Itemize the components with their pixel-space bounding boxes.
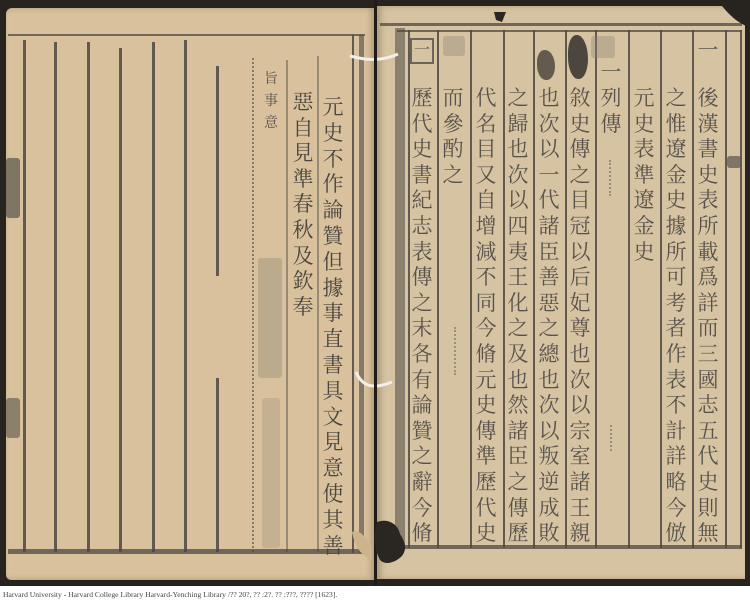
fold-edge (6, 158, 20, 218)
column-rule (533, 30, 535, 548)
text-column: 列傳 (598, 86, 624, 137)
left-page: 元史不作論贊但據事直書具文見意使其善 惡自見準春秋及欽奉 旨事意 (6, 8, 374, 580)
text-column: 之歸也次以四夷王化之及也然諸臣之傳歷 (505, 86, 531, 547)
item-marker: 一 (695, 38, 721, 64)
scan-area: 元史不作論贊但據事直書具文見意使其善 惡自見準春秋及欽奉 旨事意 一 一 一 (0, 0, 750, 586)
right-border-thin (352, 35, 354, 553)
annotation-mark (454, 327, 456, 375)
ink-smudge (568, 35, 588, 79)
ink-smudge (258, 258, 282, 378)
ink-smudge (262, 398, 280, 548)
column-rule (87, 42, 90, 552)
column-rule (317, 56, 319, 552)
column-rule (595, 30, 597, 548)
top-border-inner (397, 30, 742, 32)
right-page: 一 一 一 後漢書史表所載爲詳而三國志五代史則無 之惟遼金史據所可考者作表不計詳… (377, 6, 745, 579)
text-column: 元史不作論贊但據事直書具文見意使其善 (320, 95, 346, 559)
text-column: 而參酌之 (440, 86, 466, 188)
ink-blotch (591, 36, 615, 58)
column-rule (437, 30, 439, 548)
text-column-small: 旨事意 (262, 68, 280, 134)
text-column: 也次以一代諸臣善惡之總也次以叛逆成敗 (536, 86, 562, 547)
column-rule (725, 30, 727, 548)
column-rule (660, 30, 662, 548)
attribution-footer: Harvard University - Harvard College Lib… (3, 589, 337, 603)
column-rule (470, 30, 472, 548)
ink-blotch (443, 36, 465, 56)
text-column: 惡自見準春秋及欽奉 (290, 90, 316, 320)
right-border-thick (359, 35, 364, 553)
text-column: 代名目又自增減不同今脩元史傳準歷代史 (473, 86, 499, 547)
column-rule (119, 48, 122, 552)
column-rule (216, 66, 219, 276)
bottom-border (8, 549, 370, 554)
text-column: 之惟遼金史據所可考者作表不計詳略今倣 (663, 86, 689, 547)
text-column: 敘史傳之目冠以后妃尊也次以宗室諸王親 (567, 86, 593, 547)
annotation-mark (610, 425, 612, 451)
column-rule (252, 58, 254, 552)
top-border-outer (380, 23, 742, 26)
column-rule (54, 42, 57, 552)
fishtail-mark (727, 156, 741, 168)
column-rule (692, 30, 694, 548)
left-border-thick (395, 28, 405, 550)
column-rule (23, 40, 26, 552)
column-rule (184, 40, 187, 552)
column-rule (628, 30, 630, 548)
item-marker-boxed: 一 (410, 38, 434, 64)
text-column: 歷代史書紀志表傳之末各有論贊之辭今脩 (409, 86, 435, 547)
right-border (740, 30, 742, 548)
column-rule (152, 42, 155, 552)
column-rule (216, 378, 219, 552)
item-marker: 一 (598, 60, 624, 86)
ink-smudge (537, 50, 555, 80)
text-column: 後漢書史表所載爲詳而三國志五代史則無 (695, 86, 721, 547)
column-rule (286, 60, 288, 552)
annotation-mark (609, 160, 611, 196)
fold-edge (6, 398, 20, 438)
top-border (8, 34, 365, 36)
text-column: 元史表準遼金史 (631, 86, 657, 265)
